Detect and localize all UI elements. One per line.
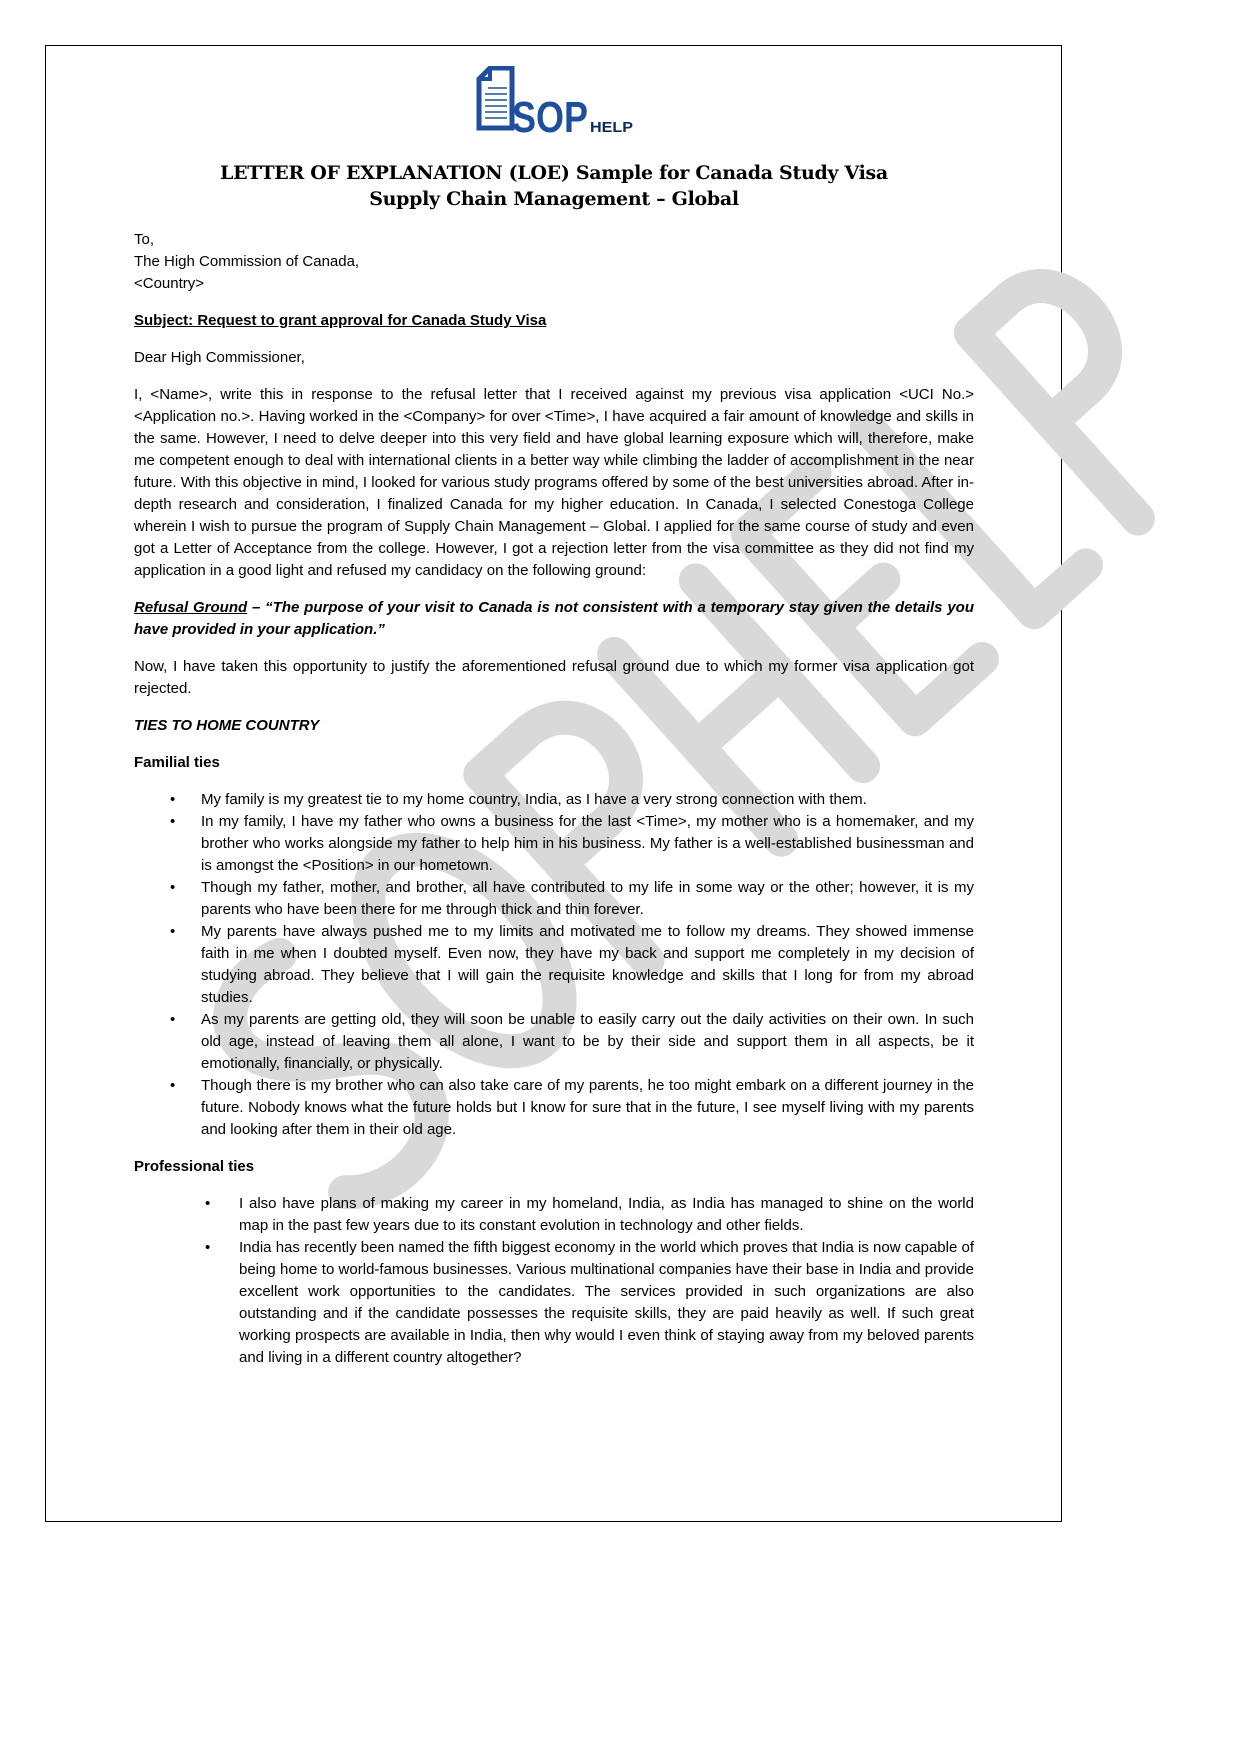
address-block: To, The High Commission of Canada, <Coun…: [134, 229, 974, 295]
greeting: Dear High Commissioner,: [134, 347, 974, 369]
familial-heading: Familial ties: [134, 752, 974, 774]
subject-line: Subject: Request to grant approval for C…: [134, 310, 974, 332]
title-line-1: LETTER OF EXPLANATION (LOE) Sample for C…: [0, 160, 1108, 186]
list-item: Though there is my brother who can also …: [134, 1075, 974, 1141]
logo-main-text: SOP: [512, 93, 588, 136]
list-item: In my family, I have my father who owns …: [134, 811, 974, 877]
ties-heading: TIES TO HOME COUNTRY: [134, 715, 974, 737]
letter-body: To, The High Commission of Canada, <Coun…: [134, 229, 974, 1369]
document-title: LETTER OF EXPLANATION (LOE) Sample for C…: [0, 160, 1108, 212]
address-recipient: The High Commission of Canada,: [134, 251, 974, 273]
refusal-label: Refusal Ground: [134, 599, 247, 616]
refusal-separator: –: [247, 599, 265, 616]
professional-list: I also have plans of making my career in…: [134, 1193, 974, 1369]
list-item: As my parents are getting old, they will…: [134, 1009, 974, 1075]
intro-paragraph: I, <Name>, write this in response to the…: [134, 384, 974, 582]
familial-list: My family is my greatest tie to my home …: [134, 789, 974, 1141]
address-to: To,: [134, 229, 974, 251]
sop-help-logo: SOP HELP: [476, 66, 636, 136]
list-item: My family is my greatest tie to my home …: [134, 789, 974, 811]
address-country: <Country>: [134, 273, 974, 295]
document-icon: [479, 68, 512, 128]
logo-sub-text: HELP: [590, 119, 633, 136]
list-item: Though my father, mother, and brother, a…: [134, 877, 974, 921]
list-item: My parents have always pushed me to my l…: [134, 921, 974, 1009]
refusal-ground: Refusal Ground – “The purpose of your vi…: [134, 597, 974, 641]
justification-paragraph: Now, I have taken this opportunity to ju…: [134, 656, 974, 700]
title-line-2: Supply Chain Management – Global: [0, 186, 1108, 212]
list-item: India has recently been named the fifth …: [134, 1237, 974, 1369]
professional-heading: Professional ties: [134, 1156, 974, 1178]
list-item: I also have plans of making my career in…: [134, 1193, 974, 1237]
